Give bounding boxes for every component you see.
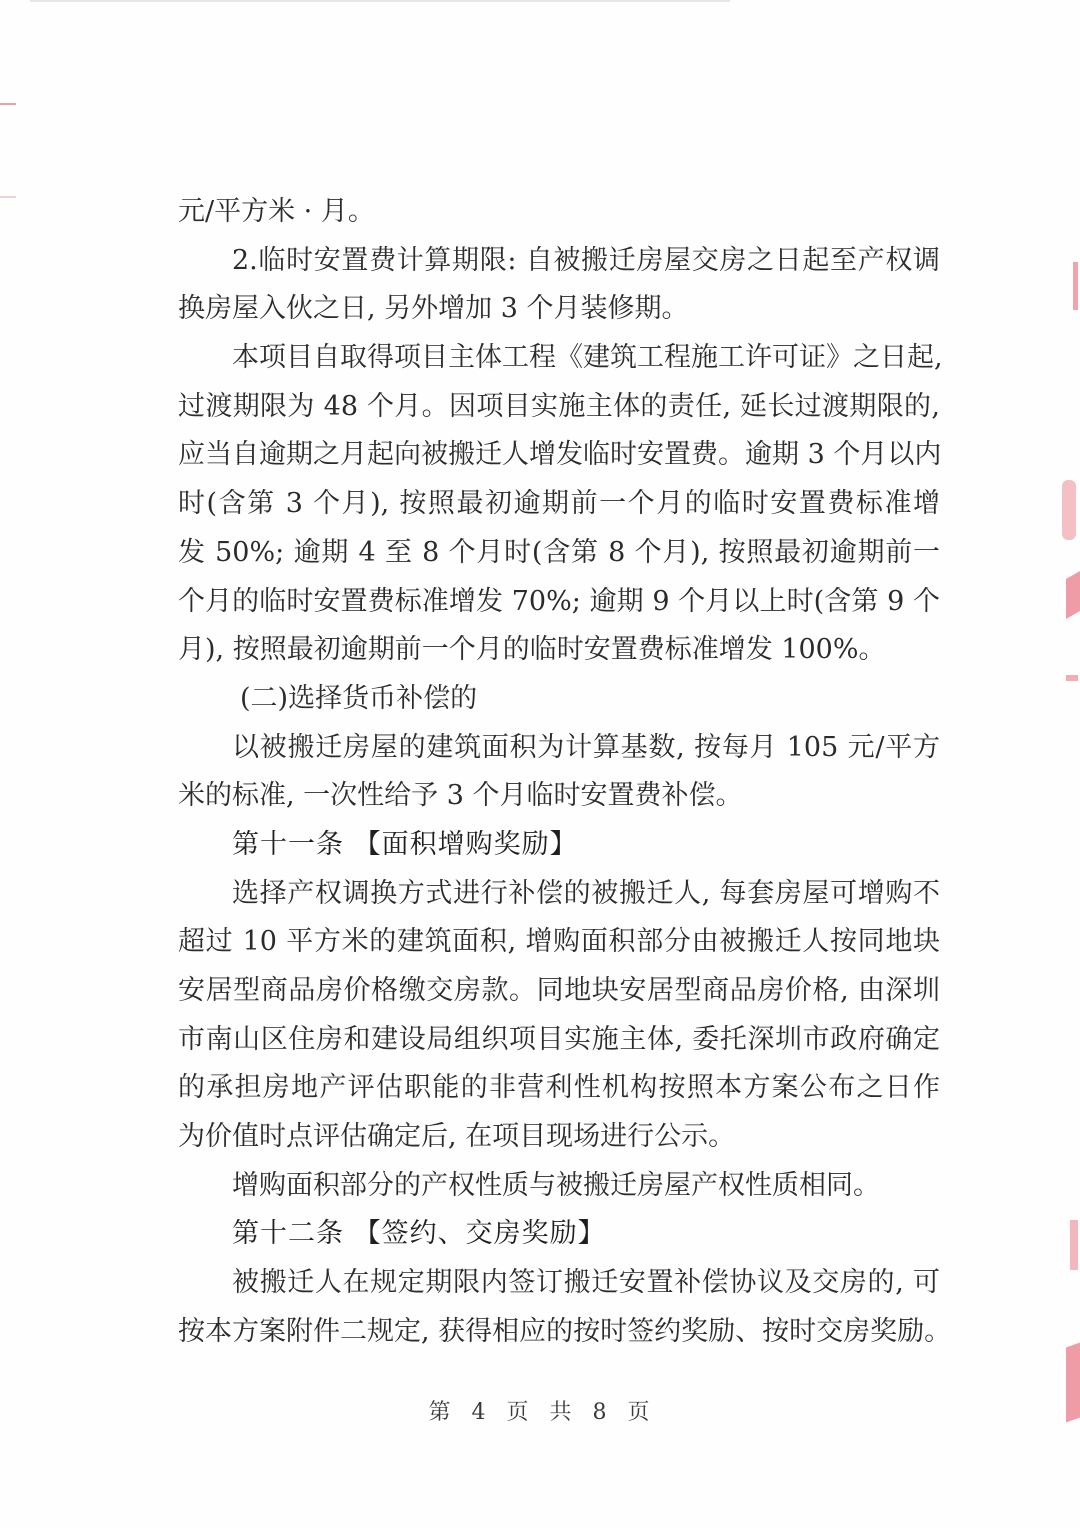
body-line: 市南山区住房和建设局组织项目实施主体, 委托深圳市政府确定 [178,1016,940,1065]
body-line: 月), 按照最初逾期前一个月的临时安置费标准增发 100%。 [178,626,940,675]
page-number: 第 4 页 共 8 页 [0,1395,1080,1426]
body-line: 换房屋入伙之日, 另外增加 3 个月装修期。 [178,285,940,334]
body-line: 以被搬迁房屋的建筑面积为计算基数, 按每月 105 元/平方 [178,724,940,773]
scan-edge-artifact [30,0,730,2]
body-line: 安居型商品房价格缴交房款。同地块安居型商品房价格, 由深圳 [178,967,940,1016]
body-line: 元/平方米 · 月。 [178,188,940,237]
body-line: 时(含第 3 个月), 按照最初逾期前一个月的临时安置费标准增 [178,480,940,529]
left-margin-mark [0,196,16,198]
body-line: 的承担房地产评估职能的非营利性机构按照本方案公布之日作 [178,1064,940,1113]
body-line: 选择产权调换方式进行补偿的被搬迁人, 每套房屋可增购不 [178,870,940,919]
body-line: 被搬迁人在规定期限内签订搬迁安置补偿协议及交房的, 可 [178,1259,940,1308]
body-line: 超过 10 平方米的建筑面积, 增购面积部分由被搬迁人按同地块 [178,918,940,967]
body-line: 应当自逾期之月起向被搬迁人增发临时安置费。逾期 3 个月以内 [178,431,940,480]
left-margin-mark [0,103,16,105]
body-line: 为价值时点评估确定后, 在项目现场进行公示。 [178,1113,940,1162]
article-heading-11: 第十一条 【面积增购奖励】 [178,821,940,870]
body-line: 本项目自取得项目主体工程《建筑工程施工许可证》之日起, [178,334,940,383]
document-body: 元/平方米 · 月。 2.临时安置费计算期限: 自被搬迁房屋交房之日起至产权调 … [178,188,940,1357]
body-line: 按本方案附件二规定, 获得相应的按时签约奖励、按时交房奖励。 [178,1308,940,1357]
body-line: 米的标准, 一次性给予 3 个月临时安置费补偿。 [178,772,940,821]
document-page: 元/平方米 · 月。 2.临时安置费计算期限: 自被搬迁房屋交房之日起至产权调 … [0,0,1080,1528]
body-line: 发 50%; 逾期 4 至 8 个月时(含第 8 个月), 按照最初逾期前一 [178,529,940,578]
body-line: 增购面积部分的产权性质与被搬迁房屋产权性质相同。 [178,1162,940,1211]
body-line: 过渡期限为 48 个月。因项目实施主体的责任, 延长过渡期限的, [178,383,940,432]
subsection-heading: (二)选择货币补偿的 [178,675,940,724]
article-heading-12: 第十二条 【签约、交房奖励】 [178,1210,940,1259]
body-line: 个月的临时安置费标准增发 70%; 逾期 9 个月以上时(含第 9 个 [178,578,940,627]
body-line: 2.临时安置费计算期限: 自被搬迁房屋交房之日起至产权调 [178,237,940,286]
